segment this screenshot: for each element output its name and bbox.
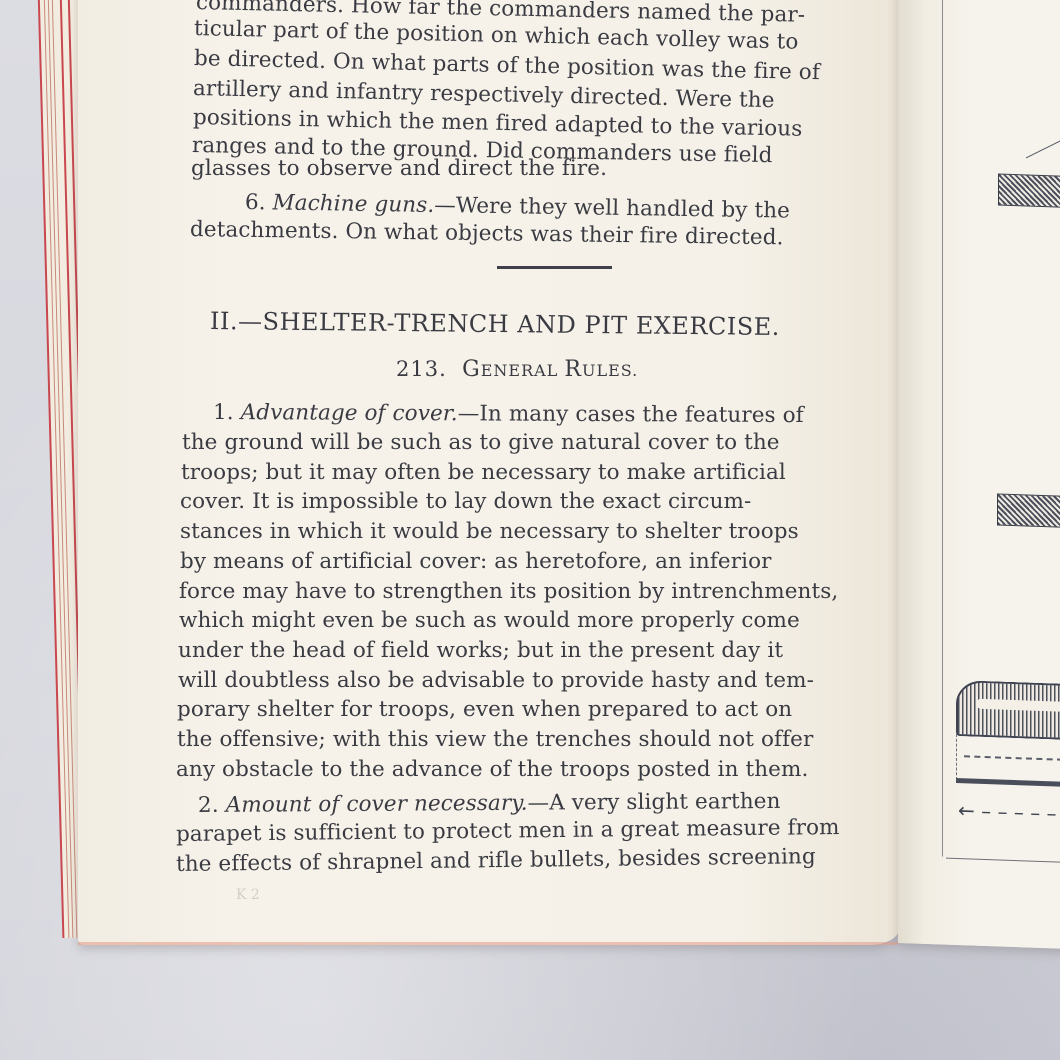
text-line: which might even be such as would more p… bbox=[179, 608, 800, 633]
text-line: any obstacle to the advance of the troop… bbox=[176, 757, 808, 782]
rule-title: Advantage of cover. bbox=[241, 400, 458, 426]
text-line: parapet is sufficient to protect men in … bbox=[176, 815, 840, 847]
rule-2: 2. Amount of cover necessary.—A very sli… bbox=[198, 789, 781, 818]
text-line: force may have to strengthen its positio… bbox=[179, 579, 838, 604]
text-line: the ground will be such as to give natur… bbox=[182, 430, 780, 455]
item-text: —Were they well handled by the bbox=[434, 193, 790, 224]
subsection-heading: 213. GENERAL RULES. bbox=[396, 357, 638, 382]
text-line: cover. It is impossible to lay down the … bbox=[180, 489, 751, 514]
item-title: Machine guns. bbox=[272, 190, 434, 218]
text-line: glasses to observe and direct the fire. bbox=[191, 156, 607, 181]
text-line: stances in which it would be necessary t… bbox=[180, 519, 799, 544]
text-line: under the head of field works; but in th… bbox=[178, 638, 783, 663]
signature-mark: K 2 bbox=[236, 887, 260, 903]
text-line: the effects of shrapnel and rifle bullet… bbox=[176, 844, 816, 877]
rule-number: 1. bbox=[213, 400, 234, 425]
text-line: porary shelter for troops, even when pre… bbox=[177, 697, 792, 722]
rule-1: 1. Advantage of cover.—In many cases the… bbox=[213, 400, 804, 428]
text-line: will doubtless also be advisable to prov… bbox=[178, 668, 814, 693]
section-heading: II.—SHELTER-TRENCH AND PIT EXERCISE. bbox=[210, 307, 780, 341]
section-divider bbox=[497, 266, 612, 269]
text-line: by means of artificial cover: as heretof… bbox=[180, 549, 772, 574]
text-line: troops; but it may often be necessary to… bbox=[181, 460, 786, 485]
left-page-text: commanders. How far the commanders named… bbox=[0, 0, 1060, 1060]
subsection-number: 213. bbox=[396, 357, 447, 381]
text-line: the offensive; with this view the trench… bbox=[177, 727, 813, 752]
item-number: 6. bbox=[245, 190, 266, 215]
rule-number: 2. bbox=[198, 793, 219, 818]
rule-title: Amount of cover necessary. bbox=[226, 791, 528, 818]
